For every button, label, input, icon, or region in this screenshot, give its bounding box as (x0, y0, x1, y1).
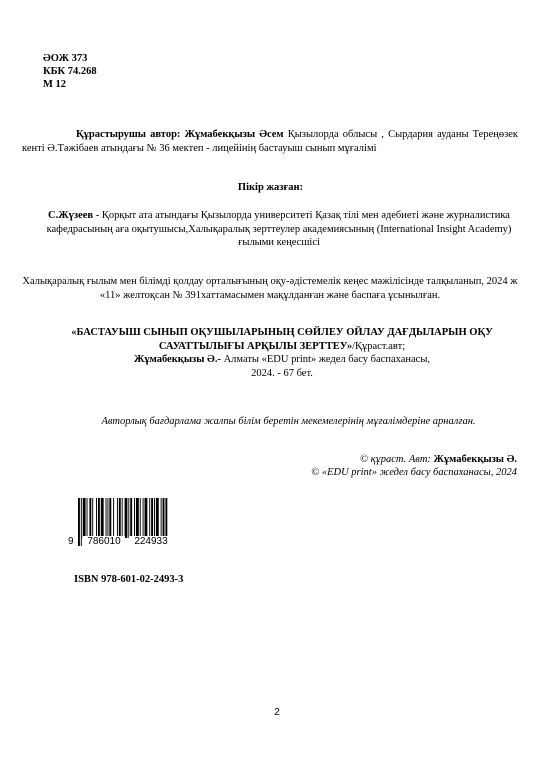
lbc-code: КБК 74.268 (43, 65, 97, 78)
udc-code: ӘОЖ 373 (43, 52, 97, 65)
isbn-barcode: 9 786010 224933 (70, 498, 180, 548)
author-short: Жұмабекқызы Ә.- (134, 354, 221, 365)
copyright-publisher: © «EDU print» жедел басу баспаханасы, 20… (311, 466, 517, 479)
copyright-compiler-name: Жұмабекқызы Ә. (434, 454, 517, 465)
bibliographic-record: «БАСТАУЫШ СЫНЫП ОҚУШЫЛАРЫНЫҢ СӨЙЛЕУ ОЙЛА… (22, 326, 541, 380)
approval-text: Халықаралық ғылым мен білімді қолдау орт… (22, 276, 517, 301)
copyright-block: © құраст. Авт: Жұмабекқызы Ә. © «EDU pri… (311, 453, 517, 479)
approval-paragraph: Халықаралық ғылым мен білімді қолдау орт… (22, 275, 518, 302)
publication-title: «БАСТАУЫШ СЫНЫП ОҚУШЫЛАРЫНЫҢ СӨЙЛЕУ ОЙЛА… (71, 327, 493, 352)
barcode-digits-right: 224933 (129, 536, 173, 547)
isbn-number: ISBN 978-601-02-2493-3 (74, 574, 183, 585)
copyright-compiler-prefix: © құраст. Авт: (360, 454, 434, 465)
reviewer-name: С.Жүзеев (48, 210, 93, 221)
compiled-suffix: /Құраст.авт; (352, 341, 405, 352)
page-number: 2 (0, 707, 541, 718)
intended-audience: Авторлық бағдарлама жалпы білім беретін … (0, 416, 541, 427)
barcode-digit-first: 9 (67, 536, 75, 547)
classification-codes: ӘОЖ 373 КБК 74.268 М 12 (43, 52, 97, 91)
publisher-line: Алматы «EDU print» жедел басу баспаханас… (221, 354, 430, 365)
compiler-label: Құрастырушы автор: (76, 129, 180, 140)
author-mark: М 12 (43, 78, 97, 91)
compiler-paragraph: Құрастырушы автор: Жұмабекқызы Әсем Қызы… (22, 128, 518, 155)
reviewer-paragraph: С.Жүзеев - Қорқыт ата атындағы Қызылорда… (40, 209, 518, 250)
review-heading: Пікір жазған: (0, 182, 541, 193)
barcode-digits-left: 786010 (83, 536, 125, 547)
compiler-name: Жұмабекқызы Әсем (185, 129, 284, 140)
reviewer-description: - Қорқыт ата атындағы Қызылорда универси… (47, 210, 512, 248)
year-pages: 2024. - 67 бет. (22, 367, 541, 381)
